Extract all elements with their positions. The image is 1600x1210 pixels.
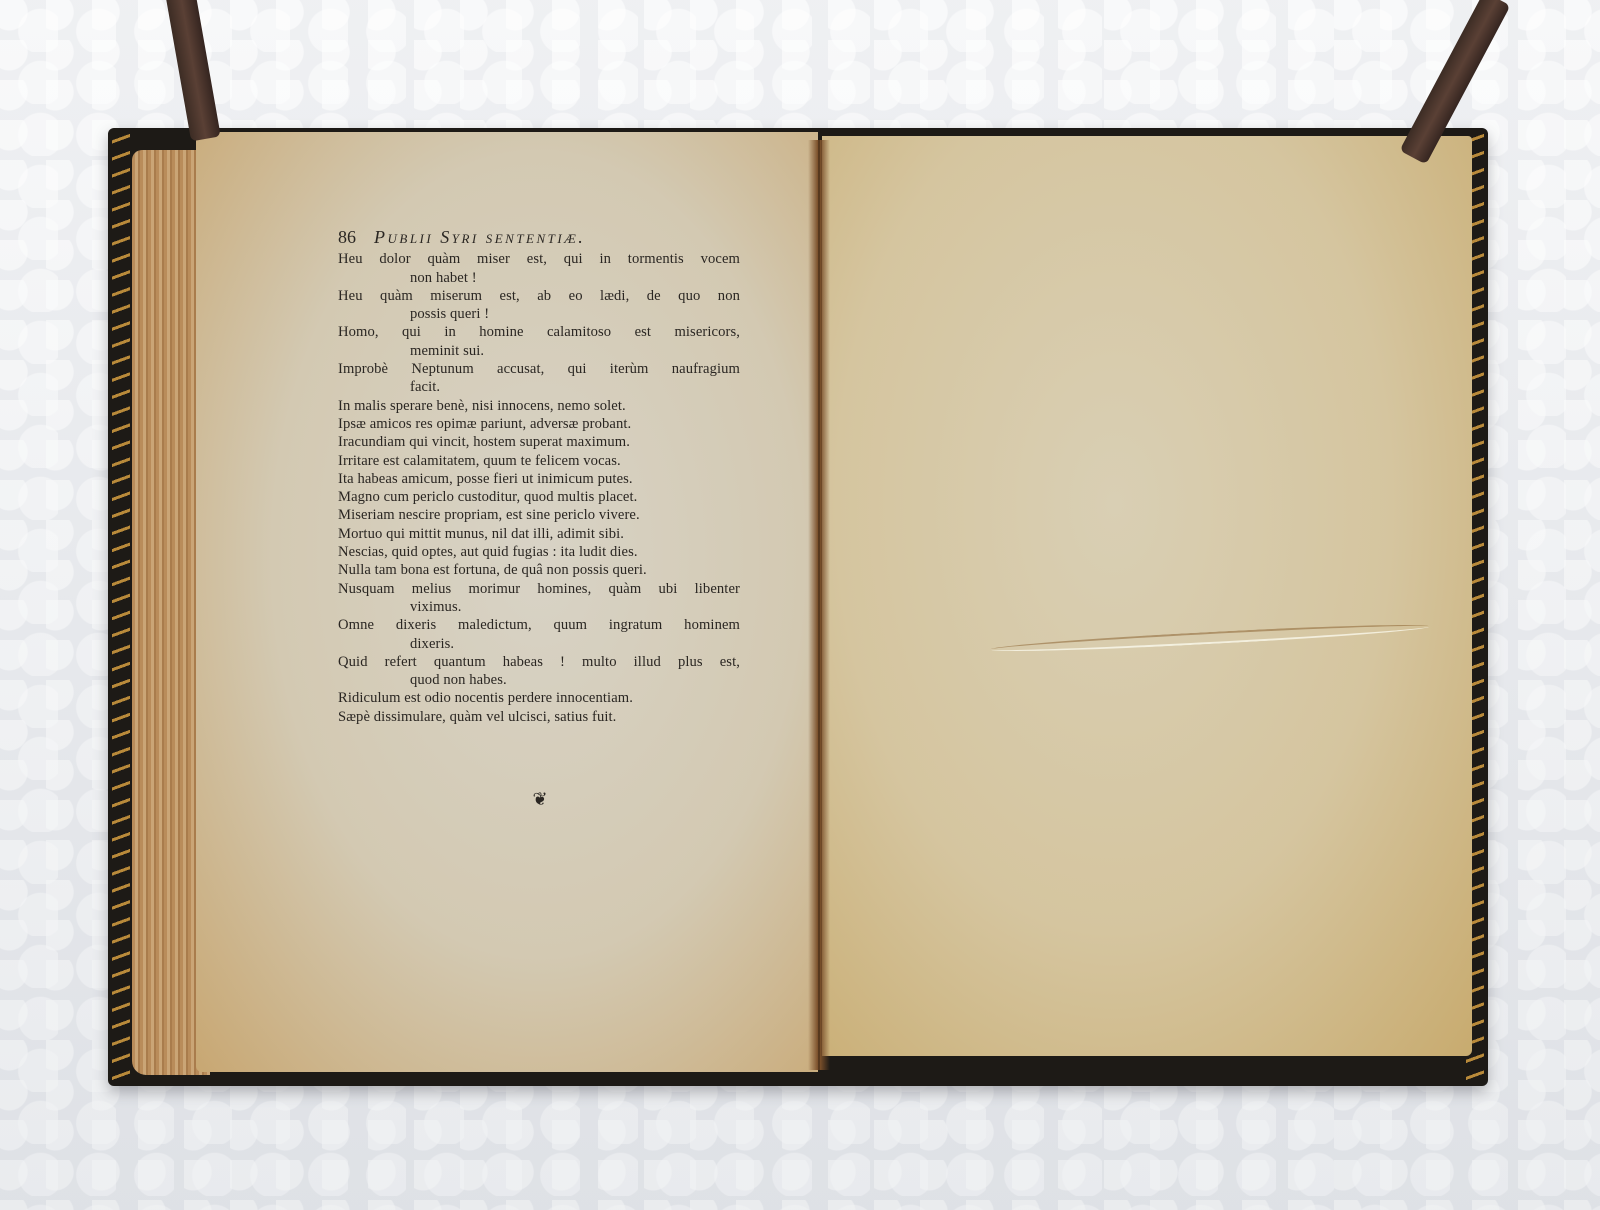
entry-line: Iracundiam qui vincit, hostem superat ma… bbox=[338, 433, 740, 451]
sententia: Irritare est calamitatem, quum te felice… bbox=[338, 452, 740, 470]
running-title: Publii Syri sententiæ. bbox=[374, 228, 585, 246]
entry-line: Mortuo qui mittit munus, nil dat illi, a… bbox=[338, 525, 740, 543]
entry-line: Heu dolor quàm miser est, qui in torment… bbox=[338, 250, 740, 268]
entry-line: Heu quàm miserum est, ab eo lædi, de quo… bbox=[338, 287, 740, 305]
book-gutter bbox=[808, 140, 830, 1070]
sententia: Ridiculum est odio nocentis perdere inno… bbox=[338, 689, 740, 707]
sententia: Heu dolor quàm miser est, qui in torment… bbox=[338, 250, 740, 287]
sententia: Homo, qui in homine calamitoso est miser… bbox=[338, 323, 740, 360]
entry-line: Quid refert quantum habeas ! multo illud… bbox=[338, 653, 740, 671]
sententia: Sæpè dissimulare, quàm vel ulcisci, sati… bbox=[338, 708, 740, 726]
entry-line: Nulla tam bona est fortuna, de quâ non p… bbox=[338, 561, 740, 579]
entry-line: Nusquam melius morimur homines, quàm ubi… bbox=[338, 580, 740, 598]
page-text: 86 Publii Syri sententiæ. Heu dolor quàm… bbox=[338, 228, 740, 726]
sententia: Heu quàm miserum est, ab eo lædi, de quo… bbox=[338, 287, 740, 324]
gilt-tooling-left bbox=[112, 134, 130, 1080]
sententia: Nulla tam bona est fortuna, de quâ non p… bbox=[338, 561, 740, 579]
entry-continuation: dixeris. bbox=[338, 635, 740, 653]
sententia: In malis sperare benè, nisi innocens, ne… bbox=[338, 397, 740, 415]
running-head: 86 Publii Syri sententiæ. bbox=[338, 228, 740, 246]
entry-line: Ridiculum est odio nocentis perdere inno… bbox=[338, 689, 740, 707]
sententia: Ita habeas amicum, posse fieri ut inimic… bbox=[338, 470, 740, 488]
entry-line: In malis sperare benè, nisi innocens, ne… bbox=[338, 397, 740, 415]
sententia: Ipsæ amicos res opimæ pariunt, adversæ p… bbox=[338, 415, 740, 433]
entry-line: Ipsæ amicos res opimæ pariunt, adversæ p… bbox=[338, 415, 740, 433]
entry-line: Homo, qui in homine calamitoso est miser… bbox=[338, 323, 740, 341]
sententia: Mortuo qui mittit munus, nil dat illi, a… bbox=[338, 525, 740, 543]
entry-line: Irritare est calamitatem, quum te felice… bbox=[338, 452, 740, 470]
entry-line: Improbè Neptunum accusat, qui iterùm nau… bbox=[338, 360, 740, 378]
page-number: 86 bbox=[338, 228, 356, 246]
sententia: Iracundiam qui vincit, hostem superat ma… bbox=[338, 433, 740, 451]
entry-line: Nescias, quid optes, aut quid fugias : i… bbox=[338, 543, 740, 561]
sententia: Improbè Neptunum accusat, qui iterùm nau… bbox=[338, 360, 740, 397]
right-page-blank-endpaper bbox=[822, 136, 1472, 1056]
sententia: Nescias, quid optes, aut quid fugias : i… bbox=[338, 543, 740, 561]
sententia: Nusquam melius morimur homines, quàm ubi… bbox=[338, 580, 740, 617]
entry-continuation: possis queri ! bbox=[338, 305, 740, 323]
entry-continuation: quod non habes. bbox=[338, 671, 740, 689]
entry-continuation: facit. bbox=[338, 378, 740, 396]
sententia: Magno cum periclo custoditur, quod multi… bbox=[338, 488, 740, 506]
entry-continuation: meminit sui. bbox=[338, 342, 740, 360]
entry-continuation: viximus. bbox=[338, 598, 740, 616]
sententia: Quid refert quantum habeas ! multo illud… bbox=[338, 653, 740, 690]
entry-continuation: non habet ! bbox=[338, 269, 740, 287]
entry-line: Ita habeas amicum, posse fieri ut inimic… bbox=[338, 470, 740, 488]
sententia: Miseriam nescire propriam, est sine peri… bbox=[338, 506, 740, 524]
entry-line: Magno cum periclo custoditur, quod multi… bbox=[338, 488, 740, 506]
entry-line: Miseriam nescire propriam, est sine peri… bbox=[338, 506, 740, 524]
entry-line: Sæpè dissimulare, quàm vel ulcisci, sati… bbox=[338, 708, 740, 726]
printer-ornament-icon: ❦ bbox=[520, 790, 560, 808]
sententia: Omne dixeris maledictum, quum ingratum h… bbox=[338, 616, 740, 653]
entry-line: Omne dixeris maledictum, quum ingratum h… bbox=[338, 616, 740, 634]
